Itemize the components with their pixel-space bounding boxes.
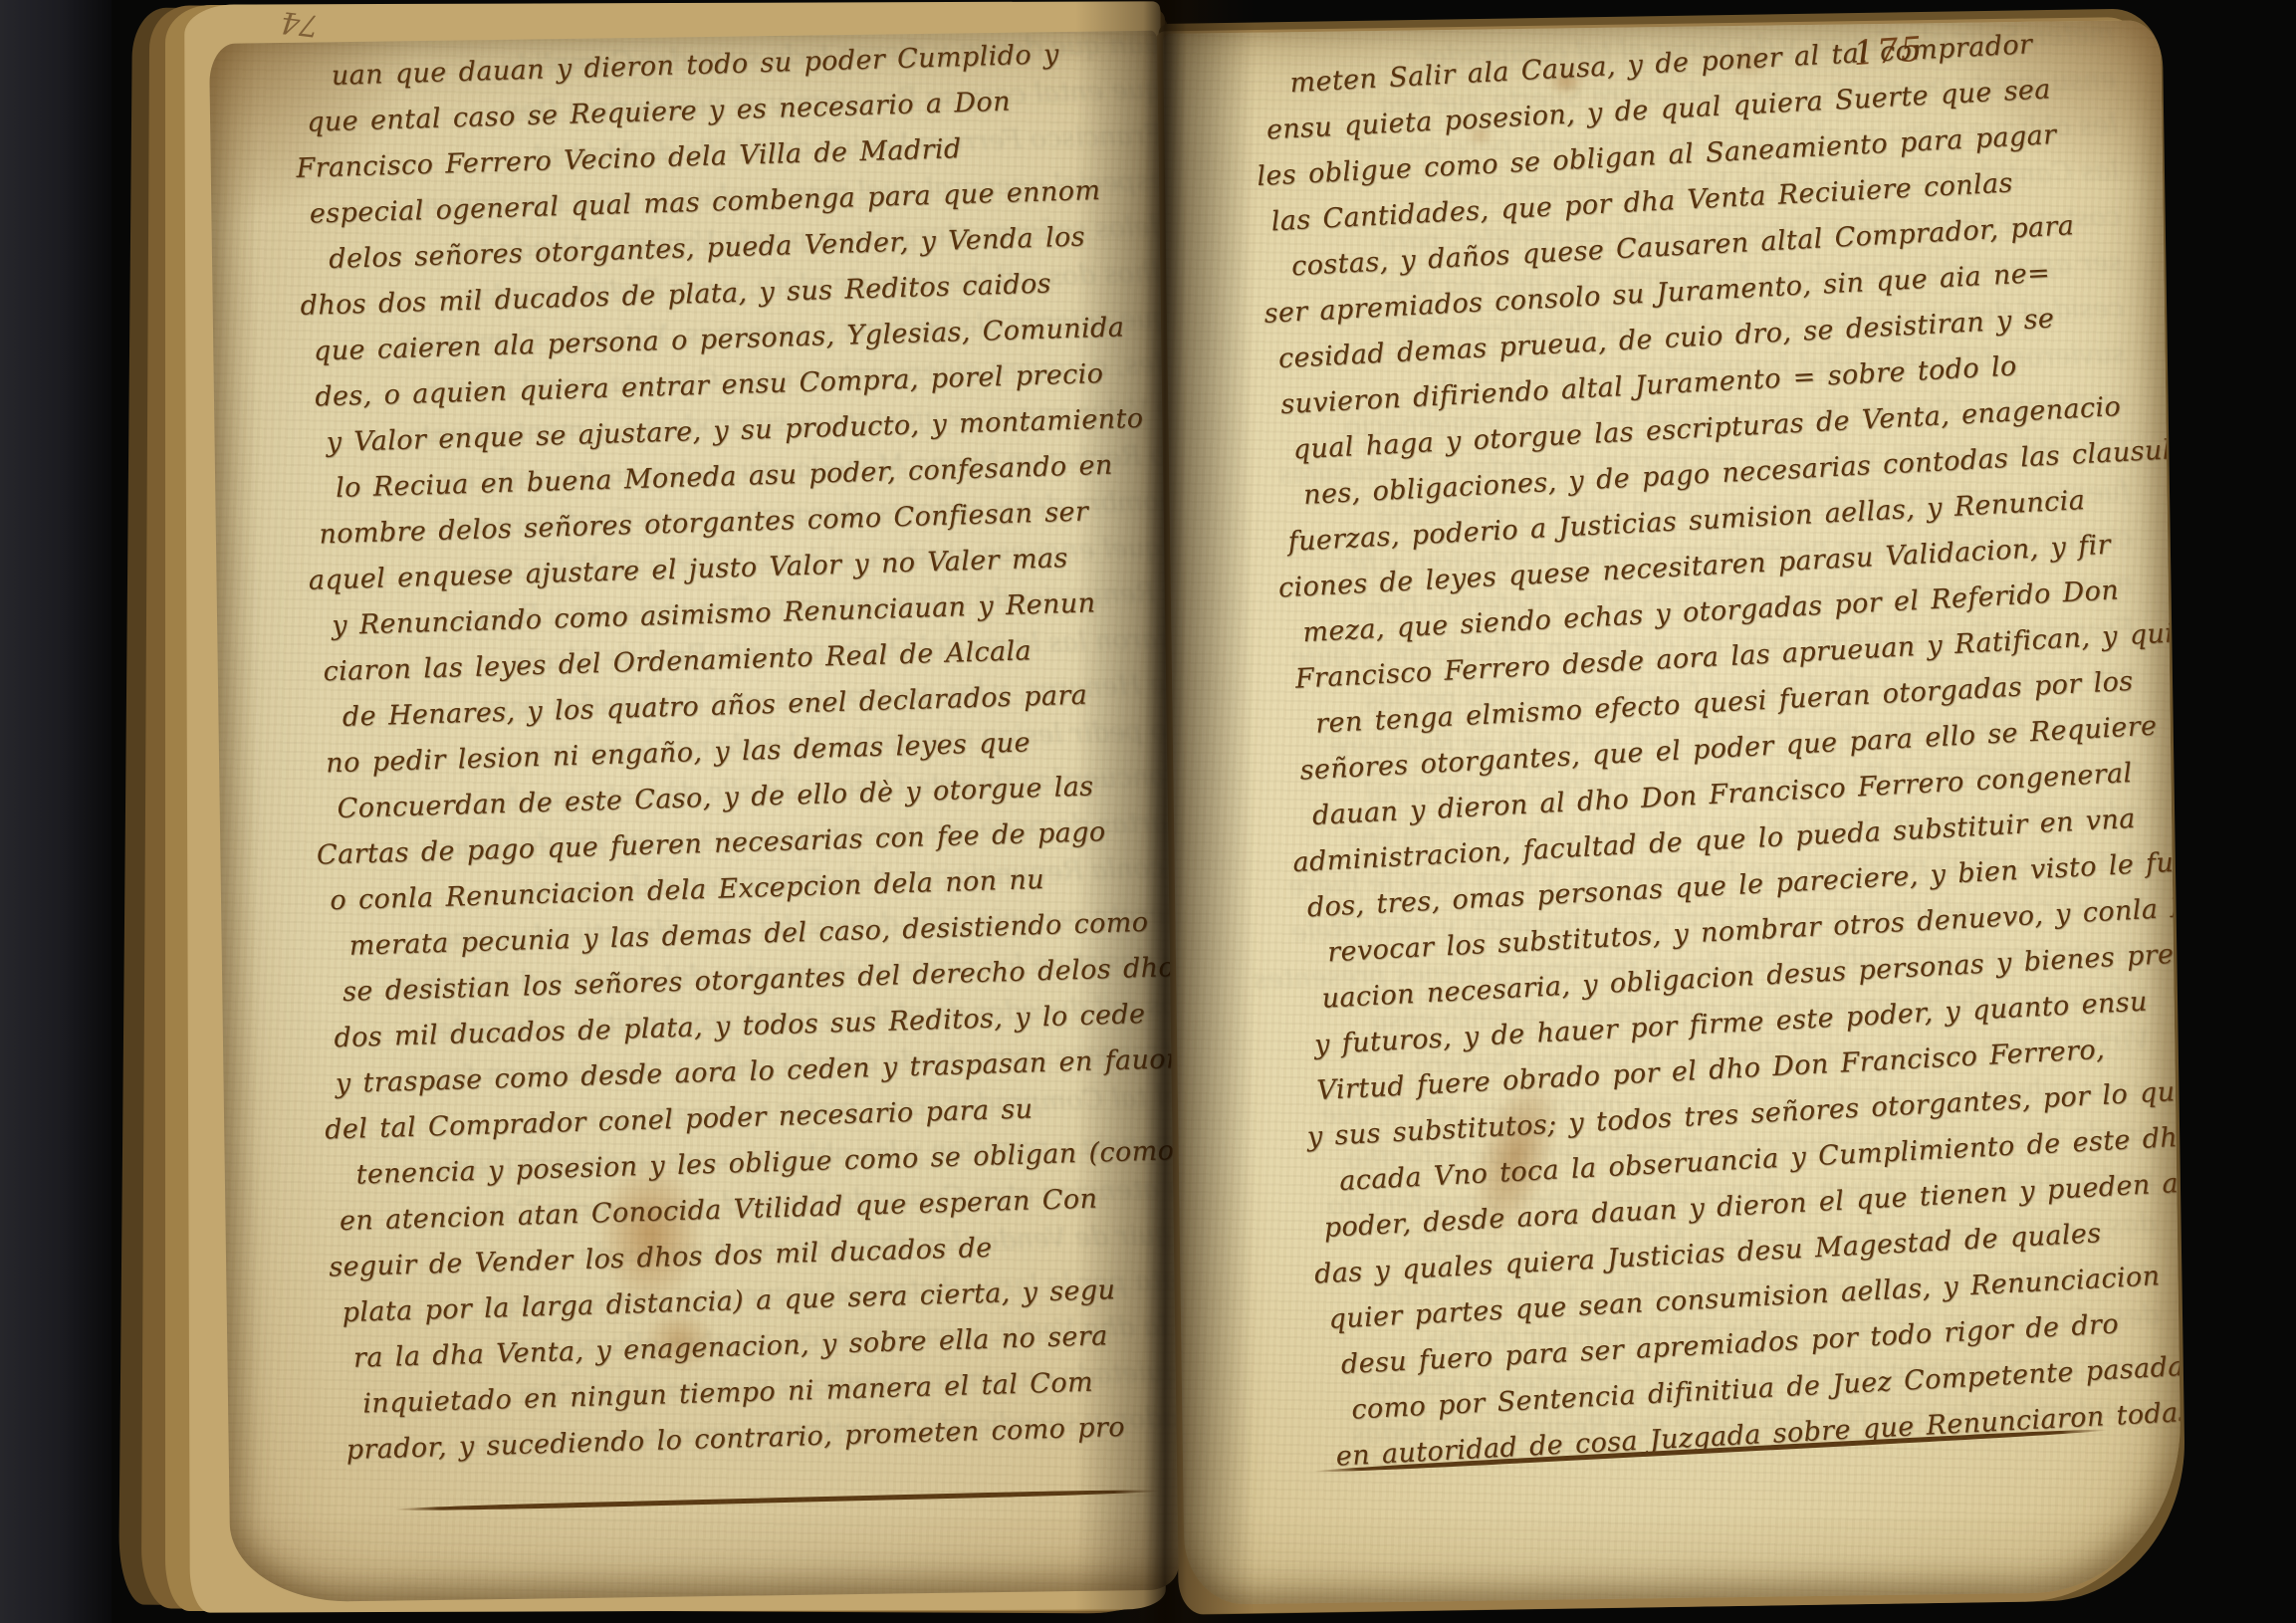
right-page: meten Salir ala Causa, y de poner al tal… bbox=[1163, 20, 2182, 1605]
left-page: uan que dauan y dieron todo su poder Cum… bbox=[209, 31, 1179, 1603]
bottom-flourish-rule bbox=[394, 1489, 1161, 1512]
backdrop-strip bbox=[0, 0, 112, 1623]
corner-annotation: 74 bbox=[279, 4, 321, 43]
manuscript-photo: uan que dauan y dieron todo su poder Cum… bbox=[0, 0, 2296, 1623]
manuscript-text: meten Salir ala Causa, y de poner al tal… bbox=[1263, 20, 2182, 1481]
manuscript-text: uan que dauan y dieron todo su poder Cum… bbox=[305, 31, 1179, 1474]
